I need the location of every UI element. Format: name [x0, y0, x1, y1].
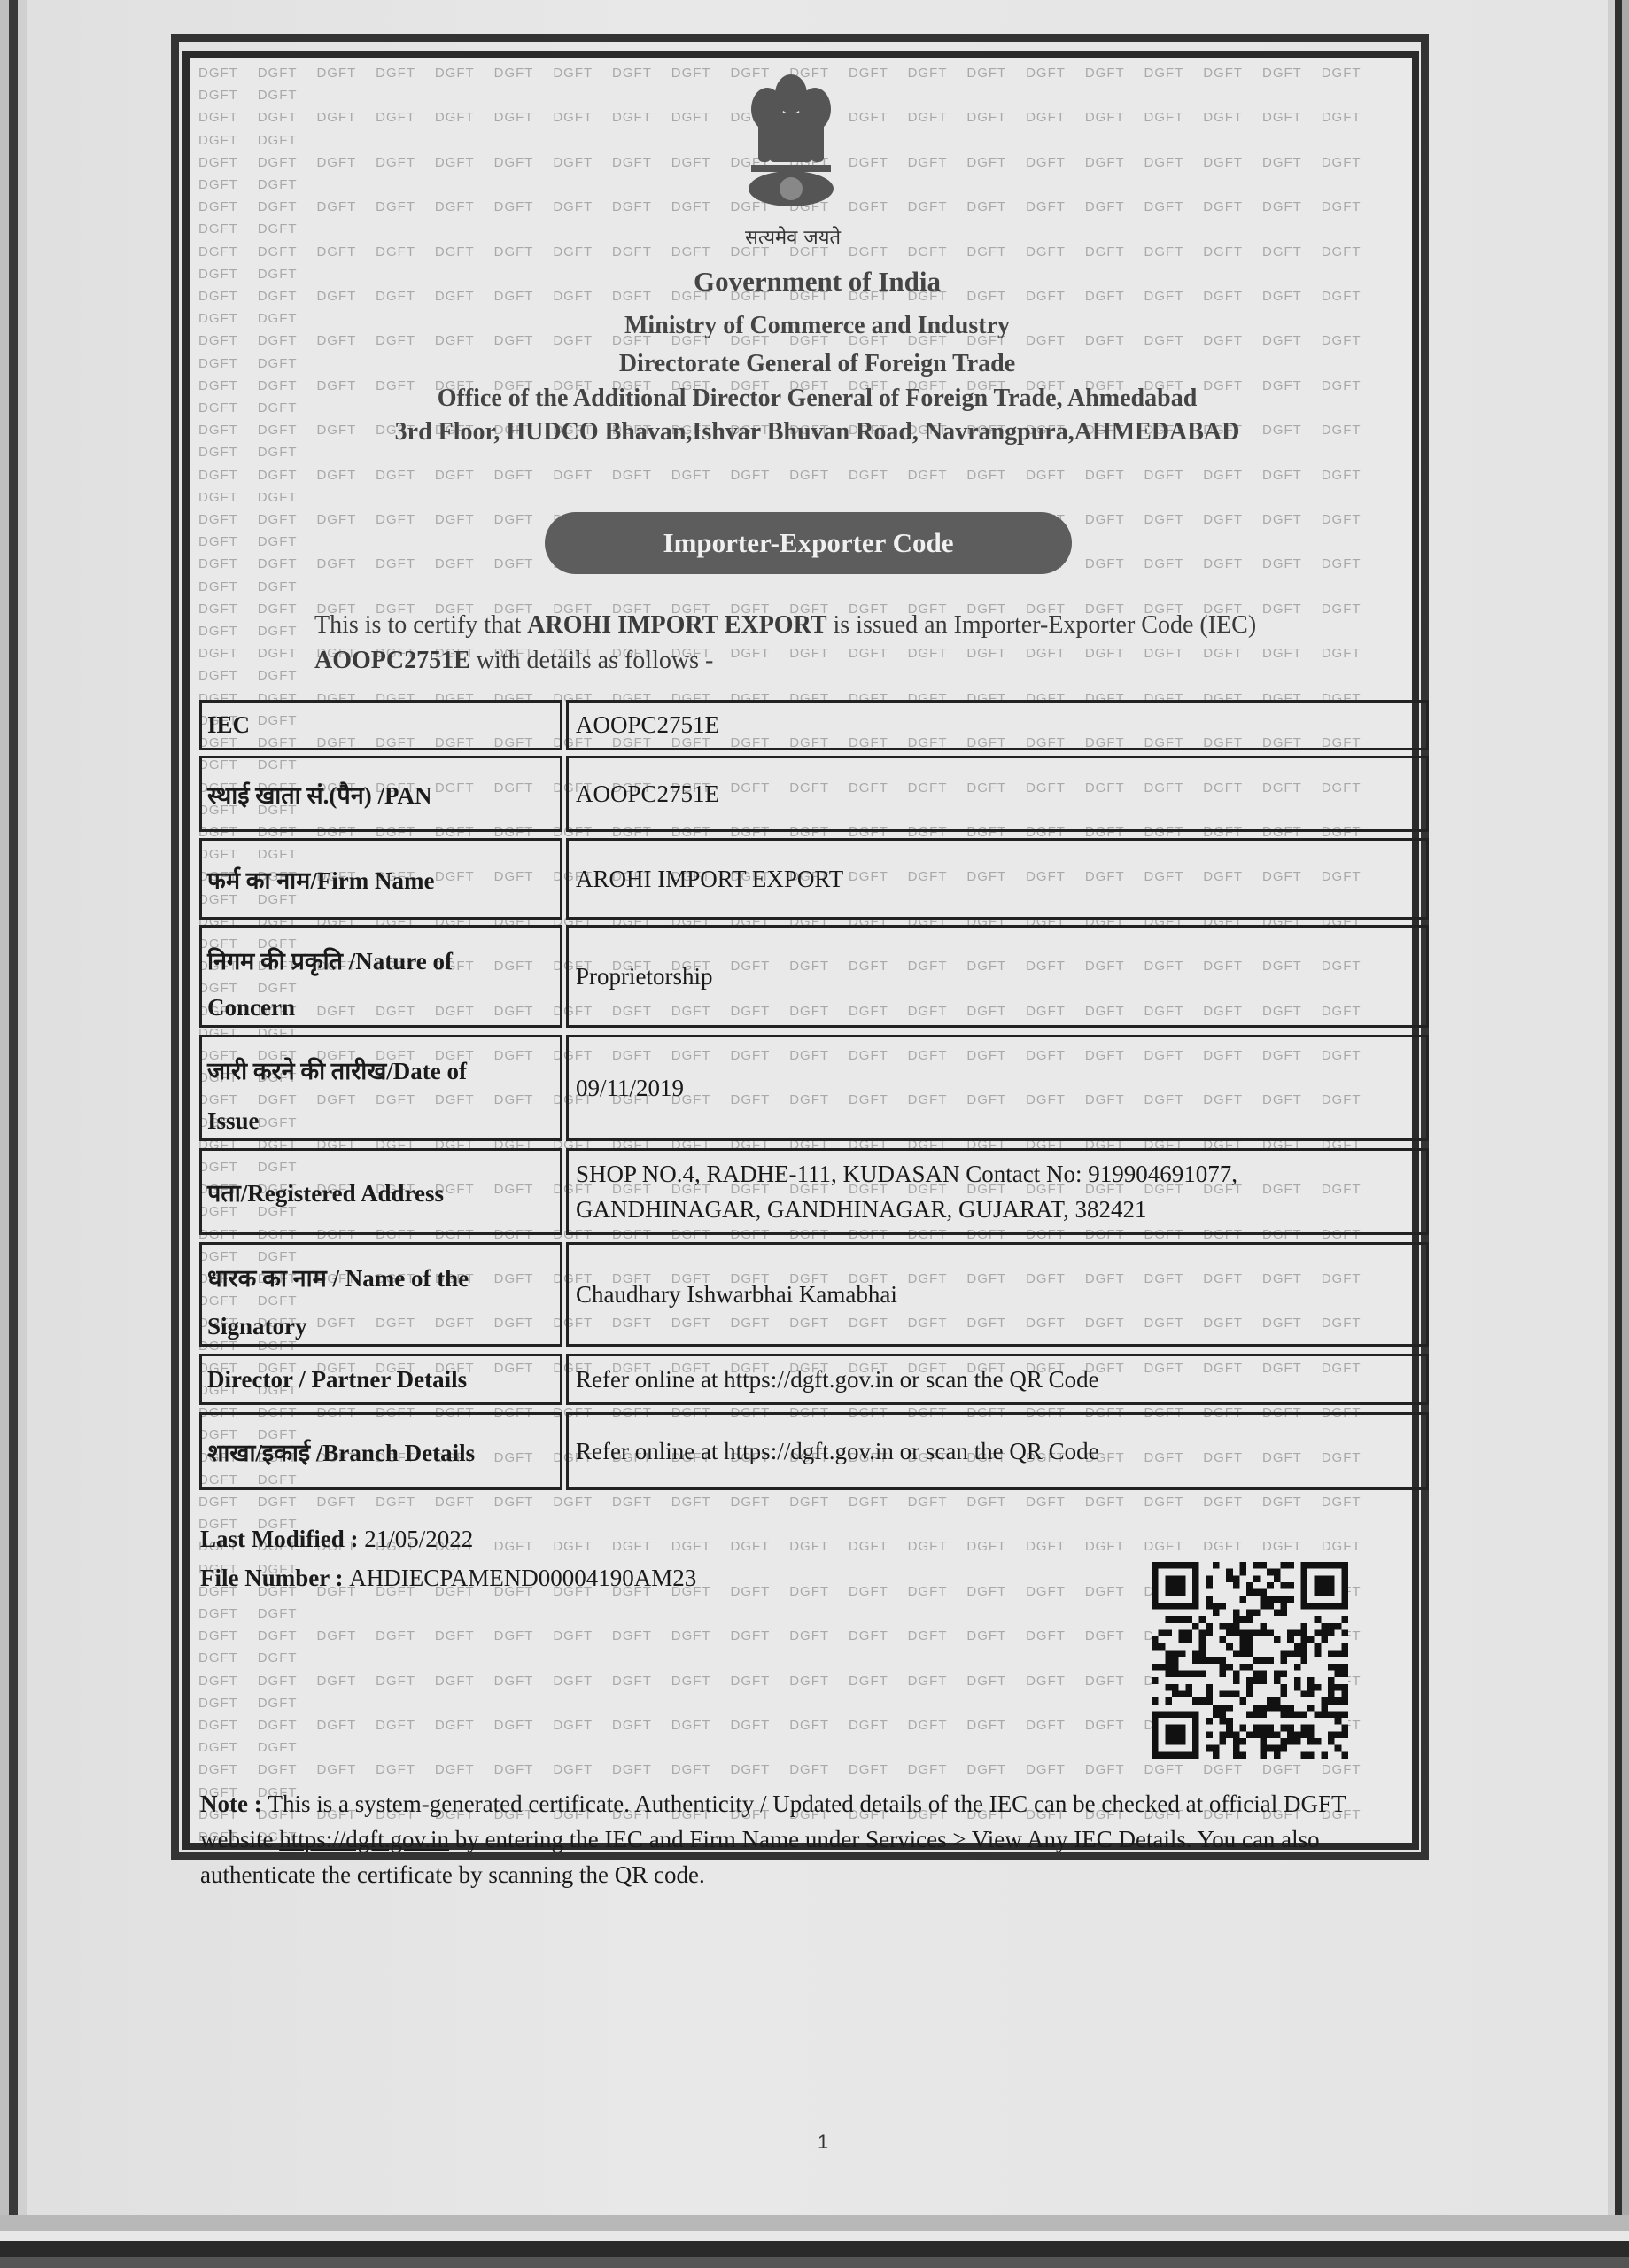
label-pan: स्थाई खाता सं.(पैन) /PAN — [199, 756, 562, 832]
label-nature-of-concern: निगम की प्रकृति /Nature of Concern — [199, 925, 562, 1028]
label-nature-line1: निगम की प्रकृति /Nature of — [207, 944, 453, 976]
value-director-details: Refer online at https://dgft.gov.in or s… — [566, 1354, 1429, 1405]
qr-code-icon[interactable] — [1152, 1557, 1348, 1763]
table-row-signatory: धारक का नाम / Name of the Signatory Chau… — [199, 1242, 1429, 1347]
emblem-motto: सत्यमेव जयते — [718, 223, 868, 250]
ashoka-emblem-icon — [742, 69, 840, 211]
label-registered-address: पता/Registered Address — [199, 1148, 562, 1235]
table-row-firm-name: फर्म का नाम/Firm Name AROHI IMPORT EXPOR… — [199, 838, 1429, 920]
label-director-details: Director / Partner Details — [199, 1354, 562, 1405]
photo-frame-right — [1608, 0, 1629, 2268]
note-label: Note : — [200, 1790, 268, 1817]
table-row-iec: IEC AOOPC2751E — [199, 700, 1429, 750]
certify-middle: is issued an Importer-Exporter Code (IEC… — [827, 611, 1257, 639]
value-pan: AOOPC2751E — [566, 756, 1429, 832]
label-nature-line2: Concern — [207, 994, 295, 1021]
value-iec: AOOPC2751E — [566, 700, 1429, 750]
label-firm-name: फर्म का नाम/Firm Name — [199, 838, 562, 920]
value-registered-address: SHOP NO.4, RADHE-111, KUDASAN Contact No… — [566, 1148, 1429, 1235]
value-nature-of-concern: Proprietorship — [566, 925, 1429, 1028]
label-branch-details: शाखा/इकाई /Branch Details — [199, 1412, 562, 1490]
document-title-badge: Importer-Exporter Code — [545, 512, 1072, 574]
last-modified-label: Last Modified : — [200, 1526, 364, 1552]
certify-iec-code: AOOPC2751E — [314, 647, 470, 674]
certify-firm-name: AROHI IMPORT EXPORT — [527, 611, 826, 639]
address-line1: SHOP NO.4, RADHE-111, KUDASAN Contact No… — [576, 1156, 1237, 1192]
value-branch-details: Refer online at https://dgft.gov.in or s… — [566, 1412, 1429, 1490]
certification-statement: This is to certify that AROHI IMPORT EXP… — [314, 608, 1289, 679]
table-row-pan: स्थाई खाता सं.(पैन) /PAN AOOPC2751E — [199, 756, 1429, 832]
certificate-note: Note : This is a system-generated certif… — [200, 1786, 1405, 1892]
label-signatory-line1: धारक का नाम / Name of the — [207, 1261, 469, 1293]
office-heading: Office of the Additional Director Genera… — [27, 384, 1608, 413]
value-signatory: Chaudhary Ishwarbhai Kamabhai — [566, 1242, 1429, 1347]
label-date-line1: जारी करने की तारीख/Date of — [207, 1053, 467, 1086]
table-row-branch-details: शाखा/इकाई /Branch Details Refer online a… — [199, 1412, 1429, 1490]
table-row-date-of-issue: जारी करने की तारीख/Date of Issue 09/11/2… — [199, 1035, 1429, 1141]
dgft-website-link[interactable]: https://dgft.gov.in — [279, 1826, 449, 1852]
table-row-director-details: Director / Partner Details Refer online … — [199, 1354, 1429, 1405]
ministry-heading: Ministry of Commerce and Industry — [27, 312, 1608, 340]
file-number-value: AHDIECPAMEND00004190AM23 — [349, 1565, 696, 1591]
office-address: 3rd Floor, HUDCO Bhavan,Ishvar Bhuvan Ro… — [27, 418, 1608, 447]
table-row-nature-of-concern: निगम की प्रकृति /Nature of Concern Propr… — [199, 925, 1429, 1028]
last-modified-value: 21/05/2022 — [364, 1526, 473, 1552]
label-signatory: धारक का नाम / Name of the Signatory — [199, 1242, 562, 1347]
label-signatory-line2: Signatory — [207, 1313, 307, 1340]
certify-prefix: This is to certify that — [314, 611, 527, 639]
photo-frame-left — [0, 0, 27, 2268]
label-date-line2: Issue — [207, 1107, 260, 1135]
address-line2: GANDHINAGAR, GANDHINAGAR, GUJARAT, 38242… — [576, 1192, 1146, 1227]
label-iec: IEC — [199, 700, 562, 750]
photo-frame-bottom — [0, 2215, 1629, 2268]
last-modified: Last Modified : 21/05/2022 — [200, 1526, 473, 1553]
certify-suffix: with details as follows - — [470, 647, 714, 674]
table-row-registered-address: पता/Registered Address SHOP NO.4, RADHE-… — [199, 1148, 1429, 1235]
certificate-page: DGFT DGFT DGFT DGFT DGFT DGFT DGFT DGFT … — [27, 0, 1608, 2215]
value-date-of-issue: 09/11/2019 — [566, 1035, 1429, 1141]
page-number: 1 — [818, 2131, 828, 2154]
label-date-of-issue: जारी करने की तारीख/Date of Issue — [199, 1035, 562, 1141]
file-number-label: File Number : — [200, 1565, 349, 1591]
directorate-heading: Directorate General of Foreign Trade — [27, 350, 1608, 378]
file-number: File Number : AHDIECPAMEND00004190AM23 — [200, 1565, 696, 1592]
value-firm-name: AROHI IMPORT EXPORT — [566, 838, 1429, 920]
government-heading: Government of India — [27, 266, 1608, 298]
